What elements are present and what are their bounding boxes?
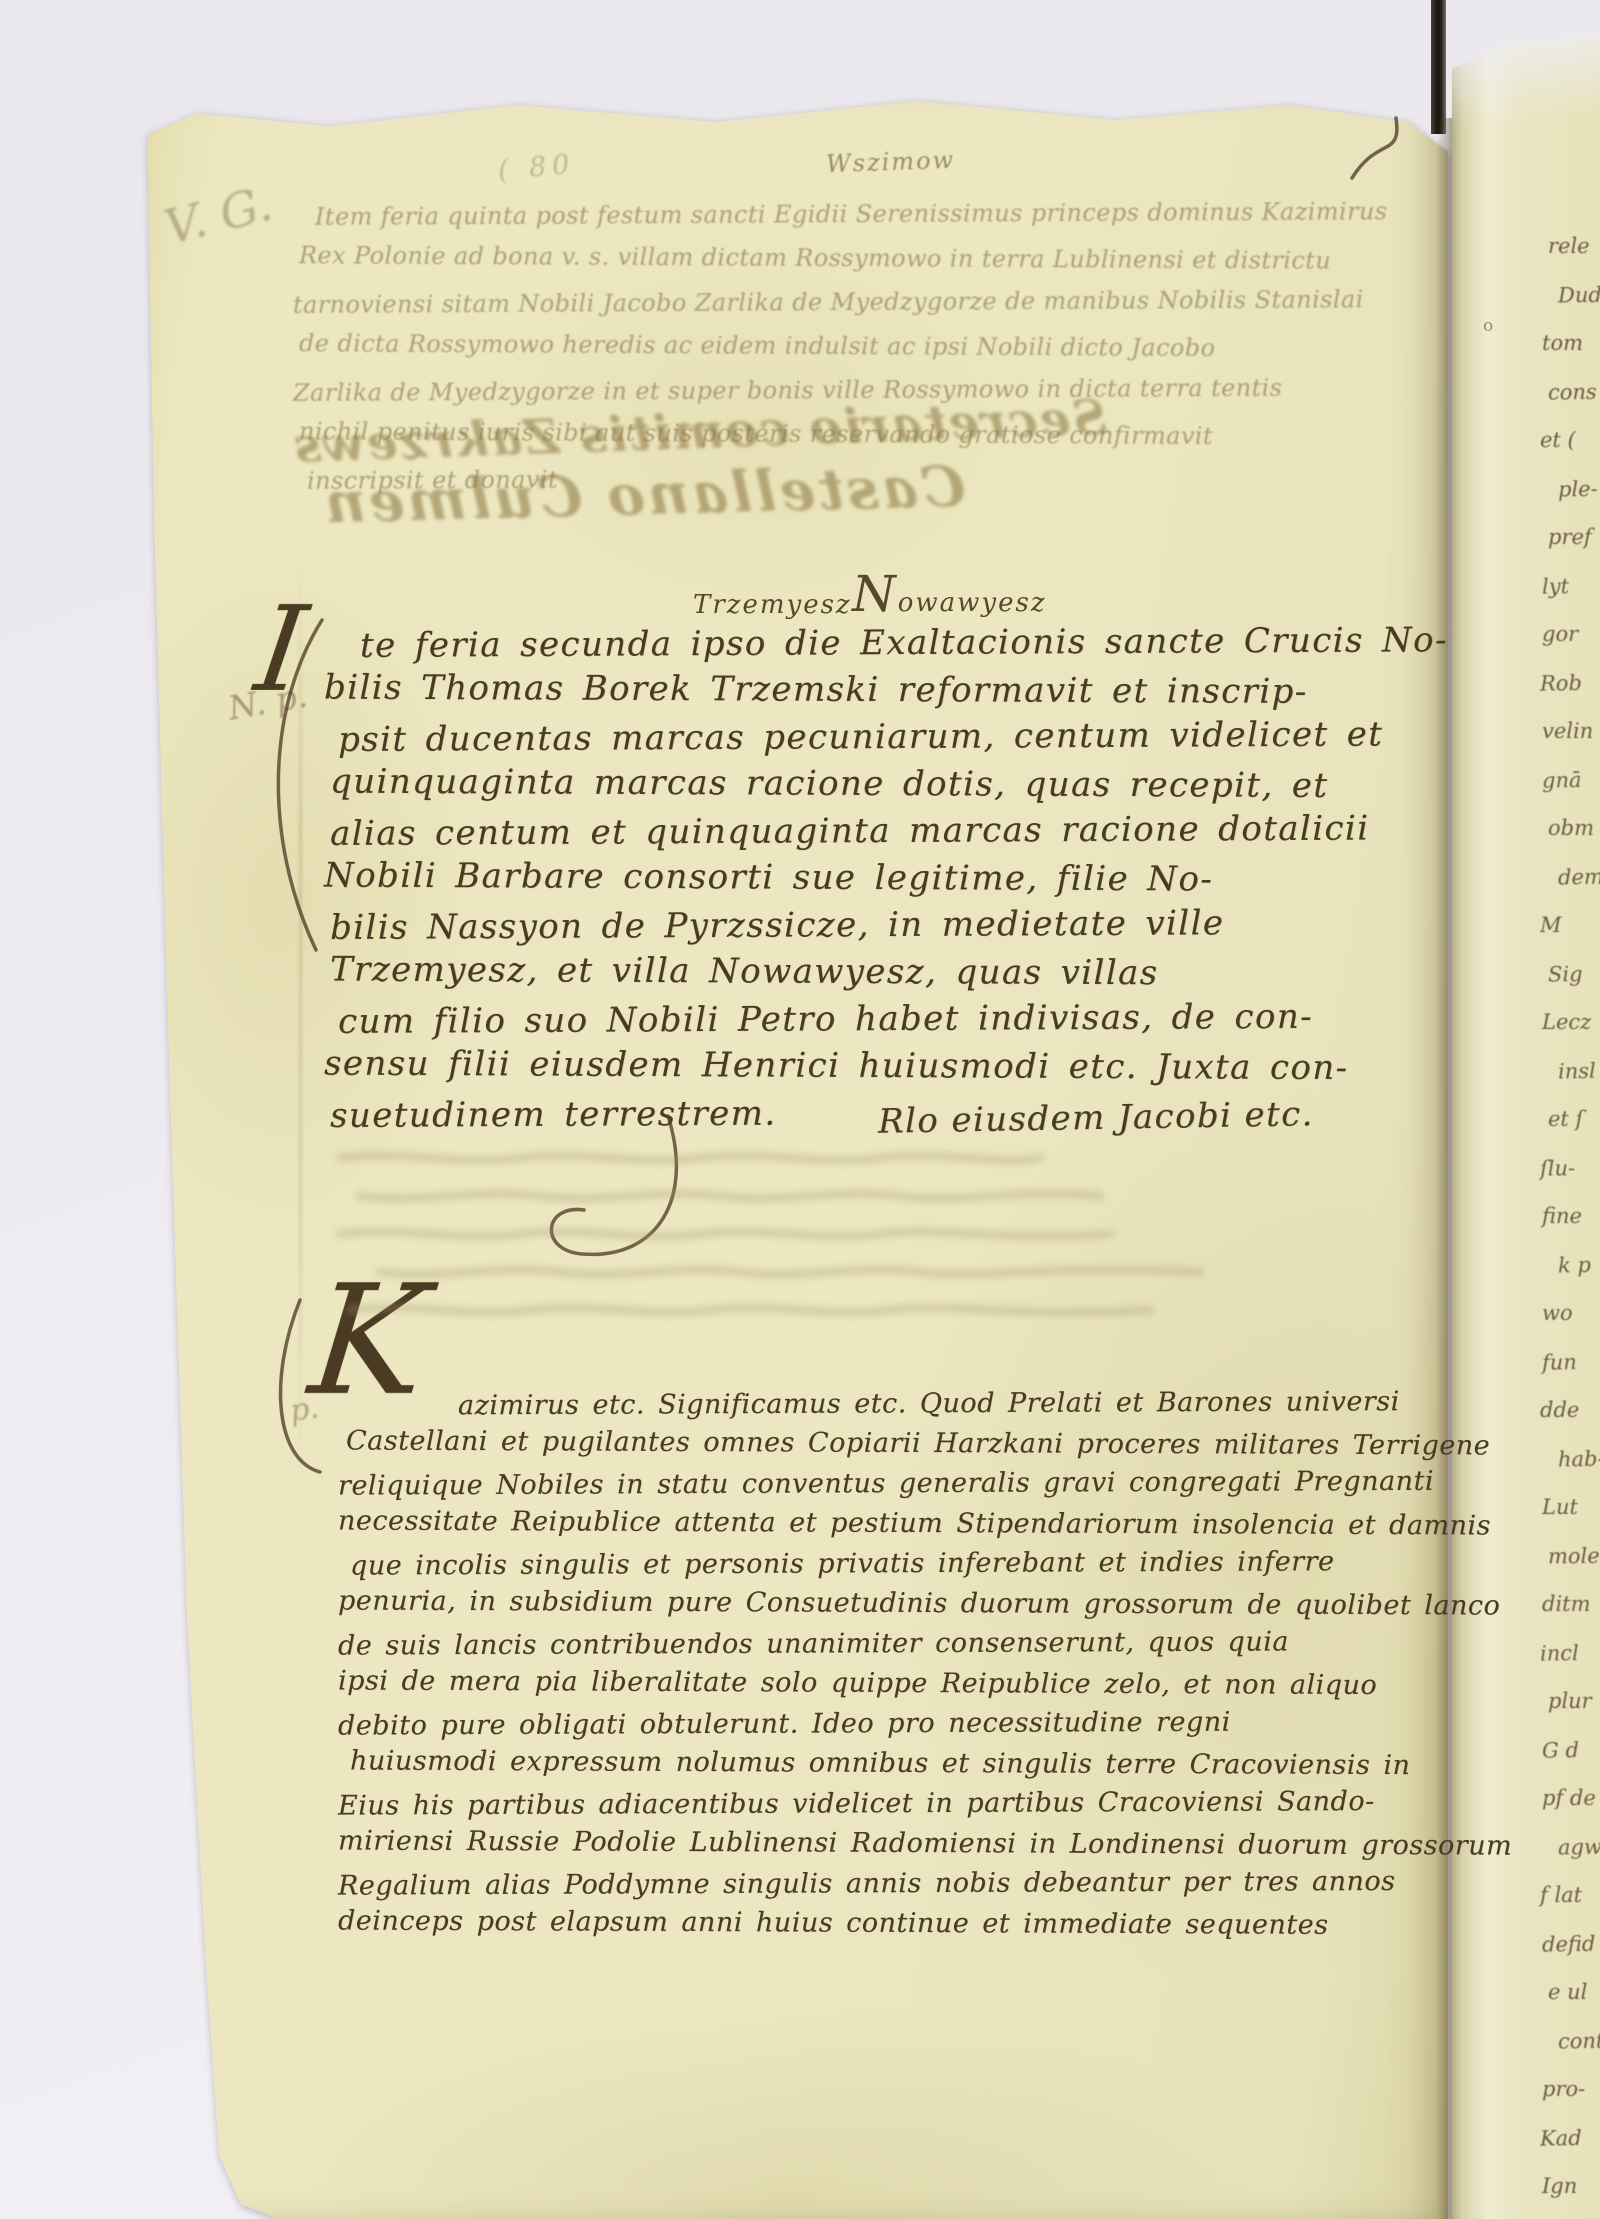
entry2-line-2: bilis Thomas Borek Trzemski reformavit e… bbox=[324, 665, 1448, 717]
fragment: M bbox=[1540, 901, 1600, 950]
fragment: pf de bbox=[1542, 1774, 1600, 1823]
entry2-line-5: alias centum et quinquaginta marcas raci… bbox=[330, 805, 1448, 858]
entry3-line-1: azimirus etc. Significamus etc. Quod Pre… bbox=[458, 1382, 1512, 1427]
entry3-line-10: huiusmodi expressum nolumus omnibus et s… bbox=[350, 1741, 1512, 1786]
entry2-line-8: Trzemyesz, et villa Nowawyesz, quas vill… bbox=[330, 947, 1448, 999]
entry3-line-13: Regalium alias Poddymne singulis annis n… bbox=[338, 1861, 1512, 1906]
fragment: wo bbox=[1542, 1289, 1600, 1338]
entry2-line-3: psit ducentas marcas pecuniarum, centum … bbox=[338, 711, 1448, 764]
fragment: k p bbox=[1558, 1240, 1600, 1289]
heading-nowawyesz: Nowawyesz bbox=[852, 584, 1047, 618]
entry3-line-4: necessitate Reipublice attenta et pestiu… bbox=[338, 1501, 1512, 1546]
fragment: rele bbox=[1548, 222, 1600, 271]
fragment: velin bbox=[1542, 707, 1600, 756]
fragment: gor bbox=[1542, 610, 1600, 659]
entry1-line-2: Rex Polonie ad bona v. s. villam dictam … bbox=[299, 233, 1388, 283]
fragment: agwo bbox=[1558, 1822, 1600, 1871]
fragment: f lat bbox=[1540, 1871, 1600, 1920]
fragment: ple- bbox=[1558, 464, 1600, 513]
entry2-line-4: quinquaginta marcas racione dotis, quas … bbox=[330, 759, 1448, 811]
entry3-line-2: Castellani et pugilantes omnes Copiarii … bbox=[346, 1421, 1512, 1466]
entry3-line-7: de suis lancis contribuendos unanimiter … bbox=[338, 1621, 1512, 1666]
entry2-line-6: Nobili Barbare consorti sue legitime, fi… bbox=[324, 853, 1448, 905]
fragment: et ( bbox=[1540, 416, 1600, 465]
fragment: Kad bbox=[1540, 2113, 1600, 2163]
entry3-line-14: deinceps post elapsum anni huius continu… bbox=[338, 1901, 1512, 1946]
heading-trzemyesz: Trzemyesz bbox=[693, 590, 852, 620]
fragment: insl bbox=[1558, 1046, 1600, 1095]
fragment: Dud bbox=[1558, 270, 1600, 319]
entry3-margin-mark: p. bbox=[288, 1390, 321, 1429]
fragment: gnā bbox=[1542, 755, 1600, 805]
right-page-fragments: rele Dud tom cons et ( ple- pref lyt gor… bbox=[1542, 222, 1600, 2211]
entry3-line-11: Eius his partibus adiacentibus videlicet… bbox=[338, 1781, 1512, 1826]
fragment: incl bbox=[1540, 1628, 1600, 1678]
entry2-line-9: cum filio suo Nobili Petro habet indivis… bbox=[338, 993, 1448, 1046]
fragment: Lut bbox=[1542, 1483, 1600, 1532]
fragment: contu bbox=[1558, 2016, 1600, 2065]
fragment: fun bbox=[1542, 1337, 1600, 1387]
fragment: mole bbox=[1548, 1531, 1600, 1581]
fragment: cons bbox=[1548, 367, 1600, 417]
fragment: Lecz bbox=[1542, 998, 1600, 1047]
entry3-line-9: debito pure obligati obtulerunt. Ideo pr… bbox=[338, 1701, 1512, 1746]
fragment: Sig bbox=[1548, 949, 1600, 999]
fragment: lyt bbox=[1542, 561, 1600, 611]
entry3-line-6: penuria, in subsidium pure Consuetudinis… bbox=[338, 1581, 1512, 1626]
entry2-line-1: te feria secunda ipso die Exaltacionis s… bbox=[360, 617, 1448, 670]
manuscript-scan: Wszimow V. G. ( 80 o Item feria quinta p… bbox=[0, 0, 1600, 2219]
fragment: ſlu- bbox=[1540, 1143, 1600, 1193]
fragment: et ſ bbox=[1548, 1095, 1600, 1144]
entry3-line-12: miriensi Russie Podolie Lublinensi Radom… bbox=[338, 1821, 1512, 1866]
fragment: hab- bbox=[1558, 1434, 1600, 1483]
fragment: pref bbox=[1548, 513, 1600, 562]
entry3-line-3: reliquique Nobiles in statu conventus ge… bbox=[338, 1461, 1512, 1506]
entry1-line-4: de dicta Rossymowo heredis ac eidem indu… bbox=[299, 321, 1388, 371]
binding-strip bbox=[1431, 0, 1446, 134]
fragment: ditm bbox=[1542, 1580, 1600, 1629]
entry2-line-10: sensu filii eiusdem Henrici huiusmodi et… bbox=[324, 1041, 1448, 1093]
entry2-line-7: bilis Nassyon de Pyrzssicze, in medietat… bbox=[330, 899, 1448, 952]
fragment: e ul bbox=[1548, 1968, 1600, 2017]
entry-3: azimirus etc. Significamus etc. Quod Pre… bbox=[338, 1384, 1512, 1944]
fragment: dem bbox=[1558, 852, 1600, 901]
fragment: plur bbox=[1548, 1677, 1600, 1726]
fragment: dde bbox=[1540, 1386, 1600, 1435]
fragment: defid bbox=[1542, 1919, 1600, 1969]
running-header: Wszimow bbox=[826, 146, 956, 178]
fragment: fine bbox=[1542, 1192, 1600, 1241]
fragment: pro- bbox=[1542, 2065, 1600, 2114]
folio-dot-mark: o bbox=[1483, 316, 1493, 336]
entry1-line-3: tarnoviensi sitam Nobili Jacobo Zarlika … bbox=[293, 277, 1388, 327]
fragment: Rob bbox=[1540, 658, 1600, 708]
fragment: G d bbox=[1542, 1725, 1600, 1775]
entry2-closing-relacio: Rlo eiusdem Jacobi etc. bbox=[878, 1094, 1314, 1142]
fragment: obm bbox=[1548, 804, 1600, 853]
entry-2: te feria secunda ipso die Exaltacionis s… bbox=[330, 620, 1448, 1137]
entry3-line-8: ipsi de mera pia liberalitate solo quipp… bbox=[338, 1661, 1512, 1706]
entry1-line-1: Item feria quinta post festum sancti Egi… bbox=[315, 189, 1388, 239]
entry3-line-5: que incolis singulis et personis privati… bbox=[350, 1541, 1512, 1586]
fragment: tom bbox=[1542, 319, 1600, 368]
fragment: Ign bbox=[1542, 2162, 1600, 2211]
